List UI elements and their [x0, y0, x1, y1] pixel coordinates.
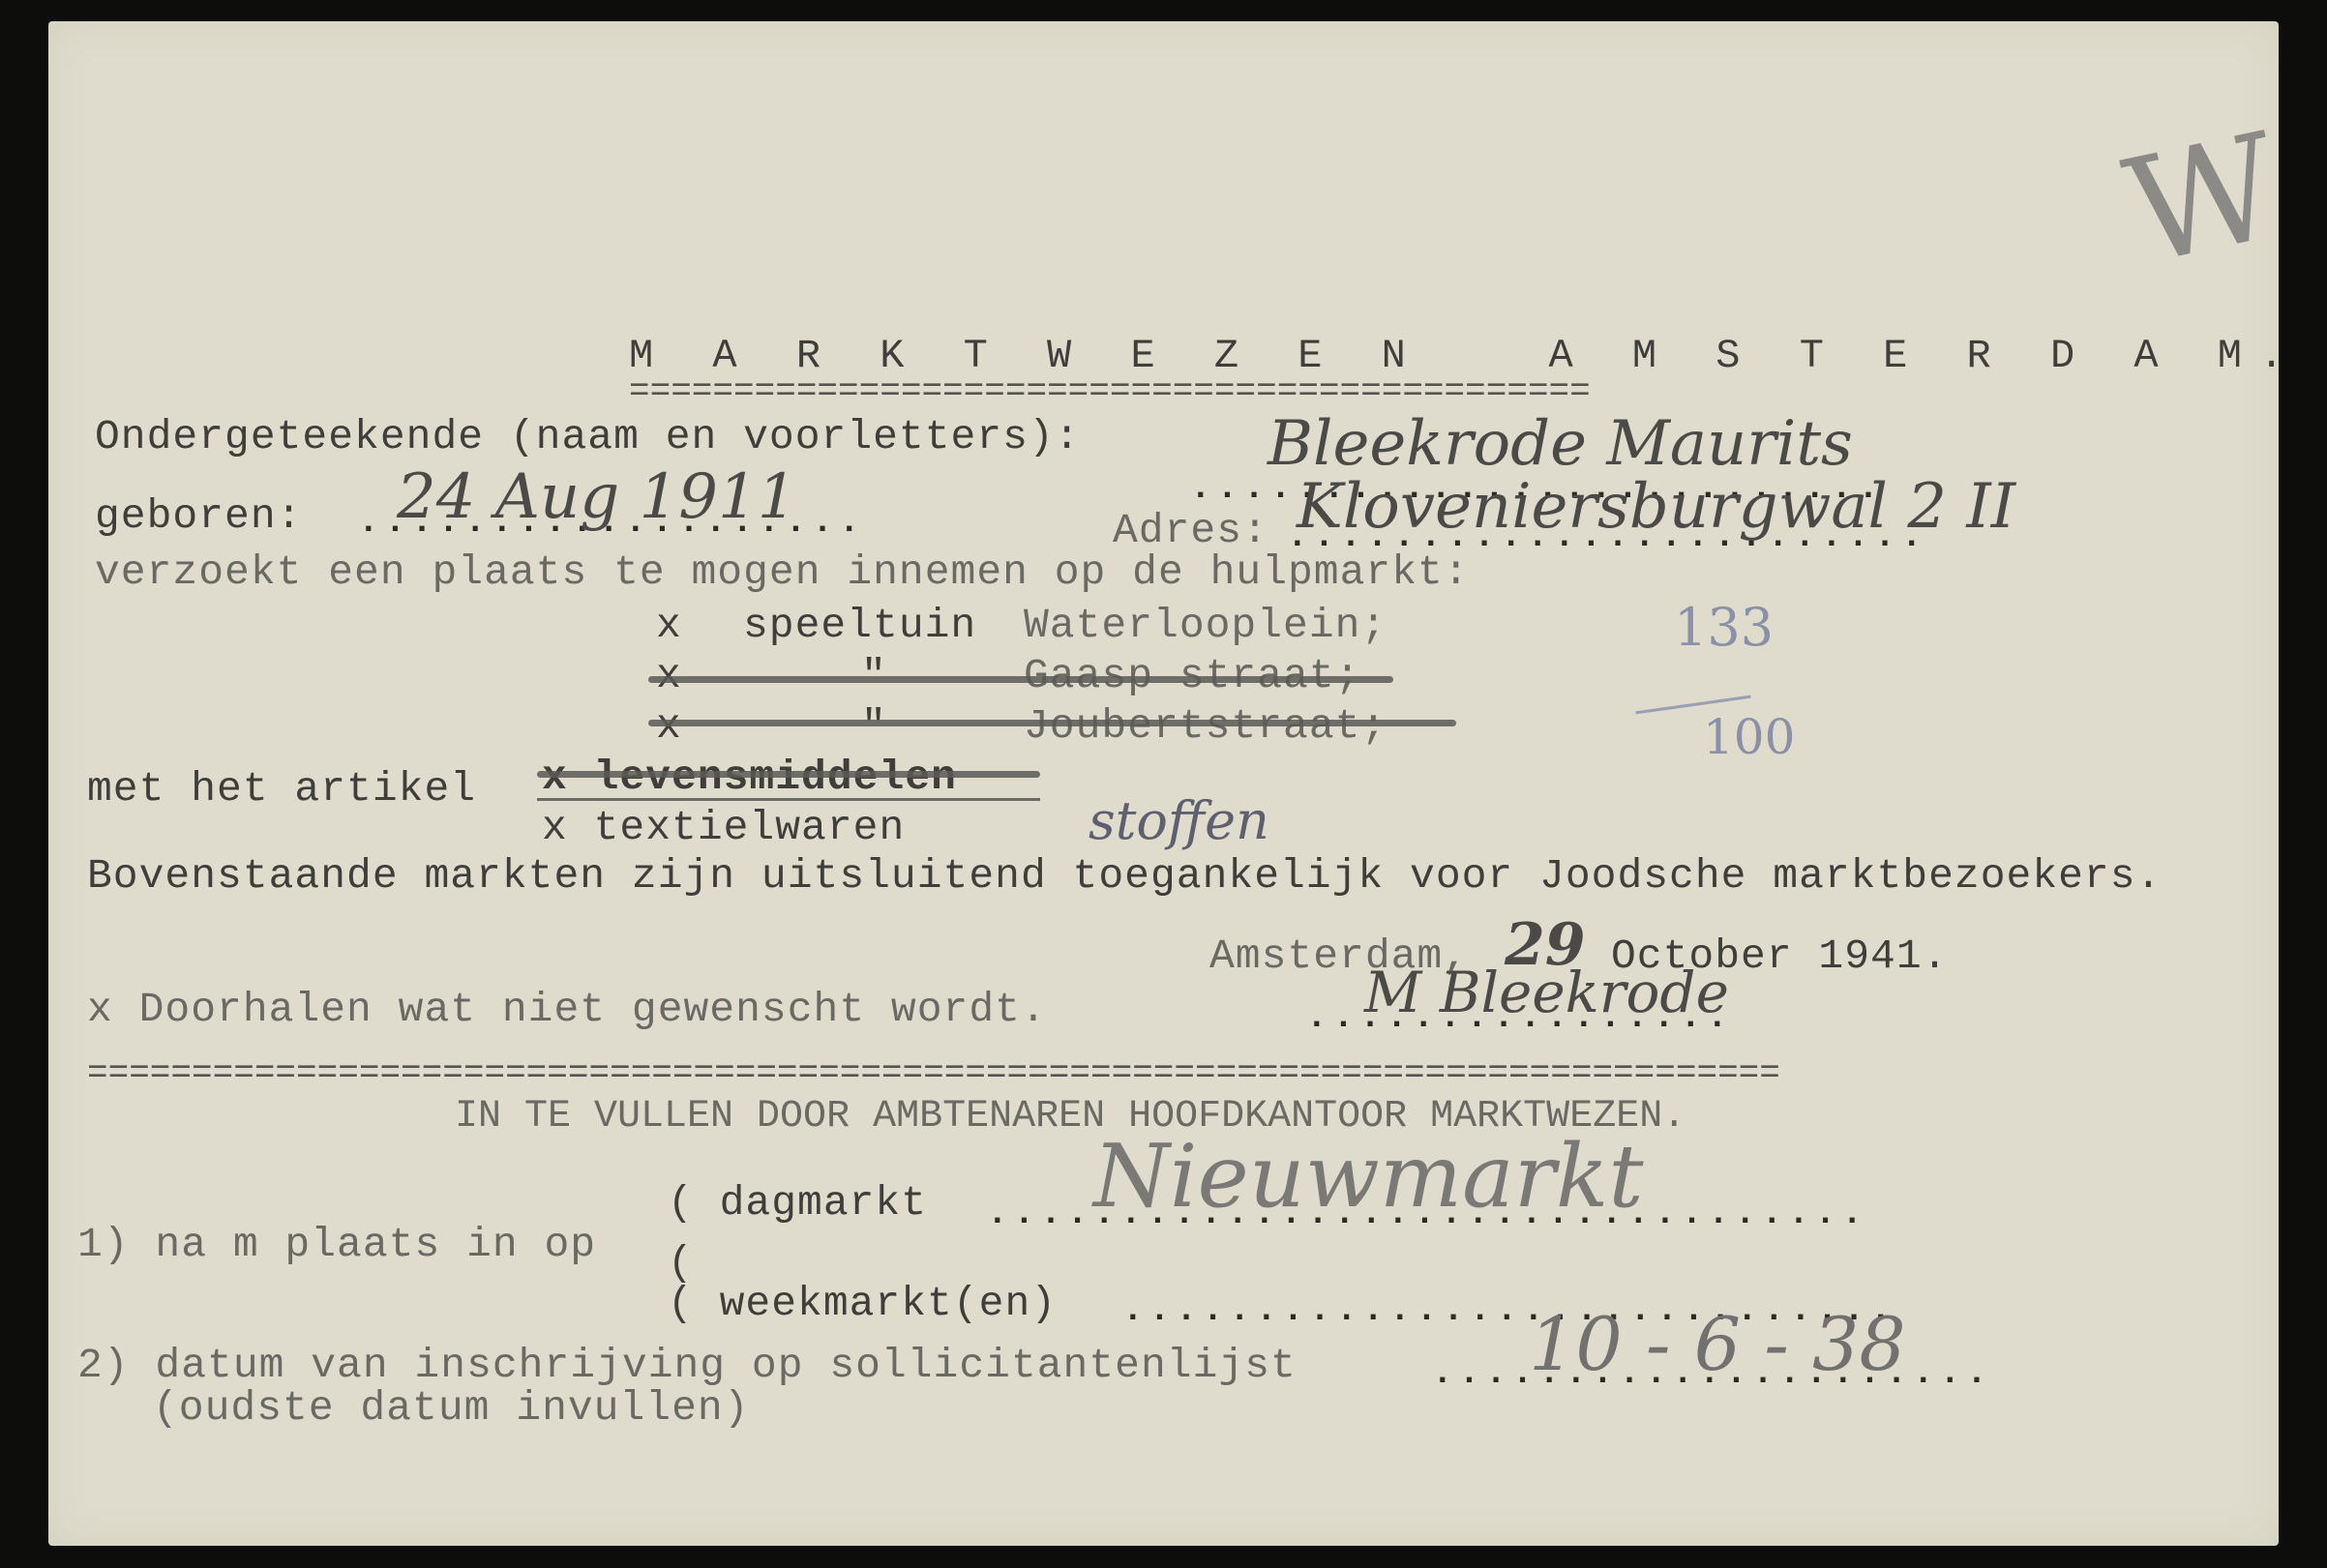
applicant-label: Ondergeteekende (naam en voorletters):	[95, 416, 1081, 458]
strikethrough-line	[648, 676, 1393, 683]
day-market-label: ( dagmarkt	[668, 1182, 927, 1224]
address-value: Kloveniersburgwal 2 II	[1297, 476, 2015, 538]
article-handwritten-note: stoffen	[1089, 795, 1269, 847]
address-label: Adres:	[1113, 510, 1268, 551]
market-option-prefix: speeltuin	[743, 605, 976, 646]
item2-label: 2) datum van inschrijving op sollicitant…	[77, 1345, 1297, 1386]
article-option-textielwaren: x textielwaren	[542, 807, 905, 848]
title-underline: ========================================…	[629, 374, 1591, 409]
signature: M Bleekrode	[1364, 964, 1729, 1021]
pencil-initial: W	[2115, 114, 2291, 287]
registration-date: 10 - 6 - 38	[1529, 1308, 1906, 1381]
document-title: M A R K T W E Z E N A M S T E R D A M.	[629, 336, 2301, 376]
strikethrough-line	[537, 771, 1040, 778]
strikethrough-line	[648, 720, 1456, 726]
bracket: (	[668, 1242, 694, 1284]
strike-instruction: x Doorhalen wat niet gewenscht wordt.	[87, 989, 1047, 1030]
market-option-waterlooplein: Waterlooplein;	[1024, 605, 1387, 646]
section-separator: ========================================…	[87, 1056, 1780, 1091]
market-option-marker: x	[656, 605, 682, 646]
born-label: geboren:	[95, 495, 302, 537]
underline	[537, 798, 1040, 801]
request-text: verzoekt een plaats te mogen innemen op …	[95, 551, 1470, 593]
notice-text: Bovenstaande markten zijn uitsluitend to…	[87, 855, 2162, 897]
applicant-name: Bleekrode Maurits	[1268, 413, 1853, 475]
week-market-label: ( weekmarkt(en)	[668, 1283, 1057, 1324]
born-date: 24 Aug 1911	[397, 466, 796, 528]
index-card: M A R K T W E Z E N A M S T E R D A M. =…	[48, 21, 2279, 1546]
day-market-dotted-line: .................................	[987, 1197, 1868, 1231]
item2-sublabel: (oudste datum invullen)	[153, 1387, 750, 1429]
pencil-annotation-top: 133	[1674, 602, 1774, 654]
pencil-annotation-bottom: 100	[1703, 713, 1795, 761]
item1-label: 1) na m plaats in op	[77, 1224, 596, 1265]
article-label: met het artikel	[87, 768, 476, 810]
